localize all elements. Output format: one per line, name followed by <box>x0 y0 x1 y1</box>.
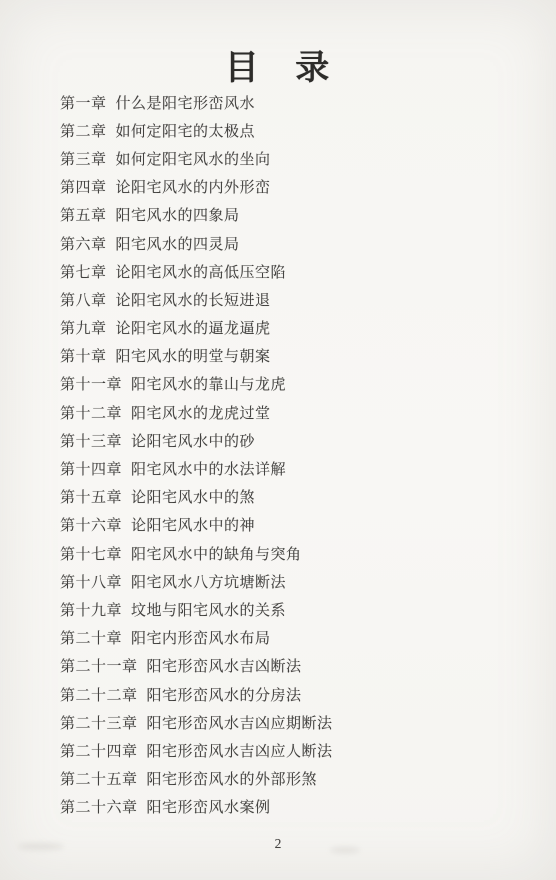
toc-entry: 第十章 阳宅风水的明堂与朝案 <box>60 342 536 370</box>
toc-chapter-title: 阳宅风水的四灵局 <box>116 233 240 254</box>
toc-chapter-title: 阳宅形峦风水的外部形煞 <box>147 768 318 789</box>
toc-entry: 第四章 论阳宅风水的内外形峦 <box>60 173 536 201</box>
toc-entry: 第二十五章 阳宅形峦风水的外部形煞 <box>60 765 536 793</box>
toc-chapter-title: 论阳宅风水的高低压空陷 <box>116 261 287 282</box>
toc-entry: 第二十二章 阳宅形峦风水的分房法 <box>60 680 536 708</box>
toc-chapter-title: 论阳宅风水中的煞 <box>131 486 255 507</box>
toc-chapter-label: 第四章 <box>60 176 107 197</box>
toc-chapter-title: 阳宅形峦风水吉凶应人断法 <box>147 740 333 761</box>
toc-entry: 第七章 论阳宅风水的高低压空陷 <box>60 257 536 285</box>
toc-entry: 第二十四章 阳宅形峦风水吉凶应人断法 <box>60 736 536 764</box>
toc-chapter-label: 第十一章 <box>60 373 122 394</box>
toc-chapter-title: 阳宅形峦风水吉凶断法 <box>147 655 302 676</box>
toc-chapter-title: 阳宅内形峦风水布局 <box>131 627 271 648</box>
toc-entry: 第十六章 论阳宅风水中的神 <box>60 511 536 539</box>
toc-chapter-title: 论阳宅风水中的神 <box>131 514 255 535</box>
toc-chapter-title: 论阳宅风水的长短进退 <box>116 289 271 310</box>
toc-entry: 第十八章 阳宅风水八方坑塘断法 <box>60 567 536 595</box>
toc-chapter-title: 论阳宅风水的逼龙逼虎 <box>116 317 271 338</box>
toc-entry: 第五章 阳宅风水的四象局 <box>60 201 536 229</box>
toc-chapter-label: 第二十六章 <box>60 796 138 817</box>
toc-chapter-title: 如何定阳宅的太极点 <box>116 120 256 141</box>
toc-chapter-label: 第一章 <box>60 92 107 113</box>
toc-chapter-title: 论阳宅风水中的砂 <box>131 430 255 451</box>
toc-chapter-title: 阳宅风水的明堂与朝案 <box>116 345 271 366</box>
scanned-document-page: 目 录 第一章 什么是阳宅形峦风水 第二章 如何定阳宅的太极点 第三章 如何定阳… <box>0 0 556 880</box>
toc-chapter-title: 如何定阳宅风水的坐向 <box>116 148 271 169</box>
page-number: 2 <box>0 836 556 852</box>
toc-chapter-label: 第八章 <box>60 289 107 310</box>
toc-entry: 第二十三章 阳宅形峦风水吉凶应期断法 <box>60 708 536 736</box>
toc-chapter-label: 第五章 <box>60 204 107 225</box>
toc-chapter-label: 第九章 <box>60 317 107 338</box>
toc-list: 第一章 什么是阳宅形峦风水 第二章 如何定阳宅的太极点 第三章 如何定阳宅风水的… <box>60 88 536 821</box>
page-title: 目 录 <box>0 40 556 89</box>
toc-entry: 第二十一章 阳宅形峦风水吉凶断法 <box>60 652 536 680</box>
toc-chapter-label: 第十五章 <box>60 486 122 507</box>
toc-chapter-title: 阳宅风水八方坑塘断法 <box>131 571 286 592</box>
toc-chapter-label: 第十章 <box>60 345 107 366</box>
toc-chapter-title: 坟地与阳宅风水的关系 <box>131 599 286 620</box>
toc-chapter-label: 第十三章 <box>60 430 122 451</box>
toc-chapter-label: 第二十四章 <box>60 740 138 761</box>
toc-chapter-title: 阳宅风水的四象局 <box>116 204 240 225</box>
toc-chapter-title: 论阳宅风水的内外形峦 <box>116 176 271 197</box>
toc-chapter-label: 第三章 <box>60 148 107 169</box>
toc-entry: 第十四章 阳宅风水中的水法详解 <box>60 454 536 482</box>
toc-chapter-label: 第二十三章 <box>60 712 138 733</box>
toc-entry: 第十二章 阳宅风水的龙虎过堂 <box>60 398 536 426</box>
toc-entry: 第六章 阳宅风水的四灵局 <box>60 229 536 257</box>
toc-chapter-label: 第十六章 <box>60 514 122 535</box>
toc-entry: 第二十章 阳宅内形峦风水布局 <box>60 624 536 652</box>
toc-entry: 第八章 论阳宅风水的长短进退 <box>60 285 536 313</box>
toc-entry: 第一章 什么是阳宅形峦风水 <box>60 88 536 116</box>
toc-chapter-label: 第十八章 <box>60 571 122 592</box>
toc-chapter-title: 阳宅风水中的缺角与突角 <box>131 543 302 564</box>
toc-entry: 第二十六章 阳宅形峦风水案例 <box>60 793 536 821</box>
toc-chapter-title: 阳宅形峦风水吉凶应期断法 <box>147 712 333 733</box>
toc-chapter-title: 什么是阳宅形峦风水 <box>116 92 256 113</box>
toc-entry: 第十九章 坟地与阳宅风水的关系 <box>60 595 536 623</box>
toc-entry: 第十三章 论阳宅风水中的砂 <box>60 426 536 454</box>
toc-chapter-label: 第二章 <box>60 120 107 141</box>
toc-chapter-label: 第十二章 <box>60 402 122 423</box>
toc-chapter-title: 阳宅风水中的水法详解 <box>131 458 286 479</box>
toc-entry: 第三章 如何定阳宅风水的坐向 <box>60 144 536 172</box>
toc-chapter-title: 阳宅风水的龙虎过堂 <box>131 402 271 423</box>
toc-chapter-label: 第二十一章 <box>60 655 138 676</box>
toc-entry: 第十五章 论阳宅风水中的煞 <box>60 483 536 511</box>
toc-chapter-label: 第十七章 <box>60 543 122 564</box>
toc-chapter-title: 阳宅风水的靠山与龙虎 <box>131 373 286 394</box>
toc-chapter-label: 第十九章 <box>60 599 122 620</box>
toc-entry: 第九章 论阳宅风水的逼龙逼虎 <box>60 314 536 342</box>
toc-entry: 第十七章 阳宅风水中的缺角与突角 <box>60 539 536 567</box>
toc-chapter-label: 第七章 <box>60 261 107 282</box>
toc-chapter-label: 第六章 <box>60 233 107 254</box>
toc-chapter-label: 第十四章 <box>60 458 122 479</box>
toc-chapter-label: 第二十五章 <box>60 768 138 789</box>
toc-chapter-label: 第二十章 <box>60 627 122 648</box>
toc-entry: 第二章 如何定阳宅的太极点 <box>60 116 536 144</box>
toc-chapter-title: 阳宅形峦风水案例 <box>147 796 271 817</box>
toc-chapter-title: 阳宅形峦风水的分房法 <box>147 684 302 705</box>
toc-chapter-label: 第二十二章 <box>60 684 138 705</box>
toc-entry: 第十一章 阳宅风水的靠山与龙虎 <box>60 370 536 398</box>
